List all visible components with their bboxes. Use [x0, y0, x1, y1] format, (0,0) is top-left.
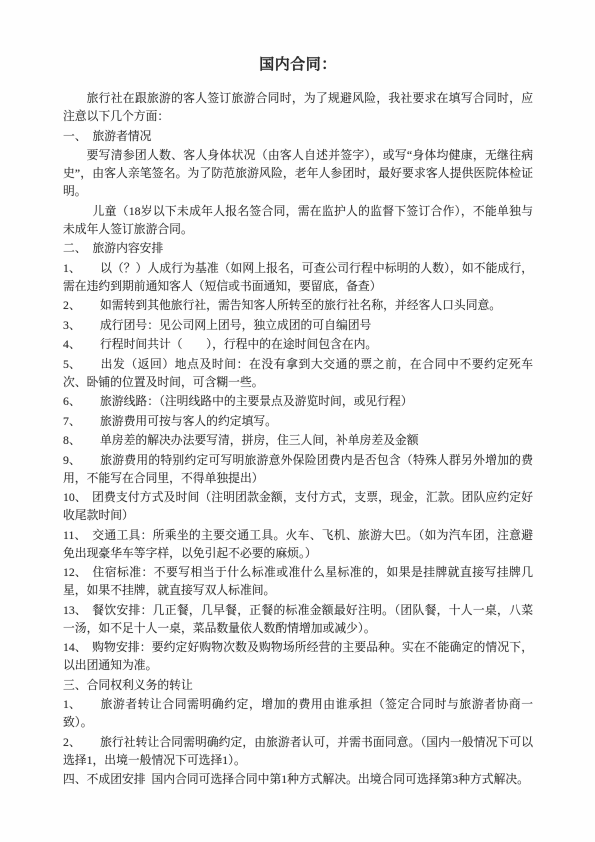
list-item-number: 11、: [63, 526, 92, 544]
list-item-text: 团费支付方式及时间（注明团款金额，支付方式，支票，现金，汇款。团队应约定好收尾款…: [63, 490, 533, 522]
document-page: 国内合同： 旅行社在跟旅游的客人签订旅游合同时，为了规避风险，我社要求在填写合同…: [0, 0, 595, 842]
list-item-number: 1、: [63, 259, 100, 277]
section-heading: 四、不成团安排 国内合同可选择合同中第1种方式解决。出境合同可选择第3种方式解决…: [63, 770, 533, 788]
section-heading: 一、 旅游者情况: [63, 127, 533, 145]
list-item-number: 9、: [63, 451, 100, 469]
list-item: 4、行程时间共计（ ），行程中的在途时间包含在内。: [63, 335, 533, 353]
list-item-number: 5、: [63, 355, 100, 373]
list-item-number: 2、: [63, 733, 100, 751]
list-item: 2、旅行社转让合同需明确约定，由旅游者认可，并需书面同意。（国内一般情况下可以选…: [63, 733, 533, 769]
list-item-text: 餐饮安排：几正餐，几早餐，正餐的标准金额最好注明。（团队餐，十人一桌，八菜一汤，…: [63, 603, 533, 635]
list-item-number: 13、: [63, 601, 92, 619]
list-item-text: 旅游费用的特别约定可写明旅游意外保险团费内是否包含（特殊人群另外增加的费用，不能…: [63, 453, 533, 485]
list-item-number: 14、: [63, 638, 92, 656]
list-item-number: 12、: [63, 563, 92, 581]
list-item: 11、交通工具：所乘坐的主要交通工具。火车、飞机、旅游大巴。（如为汽车团，注意避…: [63, 526, 533, 562]
list-item-text: 成行团号：见公司网上团号，独立成团的可自编团号: [100, 318, 371, 332]
list-item-number: 8、: [63, 431, 100, 449]
paragraph: 要写清参团人数、客人身体状况（由客人自述并签字），或写“身体均健康，无继往病史”…: [63, 146, 533, 200]
list-item-text: 旅行社转让合同需明确约定，由旅游者认可，并需书面同意。（国内一般情况下可以选择1…: [63, 735, 533, 767]
list-item: 7、旅游费用可按与客人的约定填写。: [63, 412, 533, 430]
section-heading: 三、合同权利义务的转让: [63, 676, 533, 694]
list-item-text: 住宿标准：不要写相当于什么标准或准什么星标准的，如果是挂牌就直接写挂牌几星，如果…: [63, 565, 533, 597]
list-item-text: 旅游线路：（注明线路中的主要景点及游览时间，或见行程）: [100, 394, 413, 408]
list-item-text: 购物安排：要约定好购物次数及购物场所经营的主要品种。实在不能确定的情况下，以出团…: [63, 640, 533, 672]
list-item-number: 2、: [63, 296, 100, 314]
list-item: 6、旅游线路：（注明线路中的主要景点及游览时间，或见行程）: [63, 392, 533, 410]
list-item: 12、住宿标准：不要写相当于什么标准或准什么星标准的，如果是挂牌就直接写挂牌几星…: [63, 563, 533, 599]
list-item-text: 如需转到其他旅行社，需告知客人所转至的旅行社名称，并经客人口头同意。: [100, 298, 501, 312]
list-item: 5、出发（返回）地点及时间：在没有拿到大交通的票之前，在合同中不要约定死车次、卧…: [63, 355, 533, 391]
list-item-text: 行程时间共计（ ），行程中的在途时间包含在内。: [100, 337, 377, 351]
list-item: 9、旅游费用的特别约定可写明旅游意外保险团费内是否包含（特殊人群另外增加的费用，…: [63, 451, 533, 487]
list-item-number: 3、: [63, 316, 100, 334]
list-item-text: 单房差的解决办法要写清，拼房，住三人间，补单房差及金额: [100, 433, 419, 447]
list-item-text: 旅游费用可按与客人的约定填写。: [100, 414, 277, 428]
list-item-number: 7、: [63, 412, 100, 430]
list-item-number: 1、: [63, 695, 100, 713]
list-item: 14、购物安排：要约定好购物次数及购物场所经营的主要品种。实在不能确定的情况下，…: [63, 638, 533, 674]
paragraph: 旅行社在跟旅游的客人签订旅游合同时，为了规避风险，我社要求在填写合同时，应注意以…: [63, 89, 533, 125]
list-item-number: 4、: [63, 335, 100, 353]
list-item: 1、以（？）人成行为基准（如网上报名，可查公司行程中标明的人数），如不能成行，需…: [63, 259, 533, 295]
list-item: 8、单房差的解决办法要写清，拼房，住三人间，补单房差及金额: [63, 431, 533, 449]
section-heading: 二、 旅游内容安排: [63, 239, 533, 257]
list-item-number: 10、: [63, 488, 92, 506]
document-title: 国内合同：: [63, 54, 533, 76]
list-item-number: 6、: [63, 392, 100, 410]
list-item-text: 旅游者转让合同需明确约定，增加的费用由谁承担（签定合同时与旅游者协商一致）。: [63, 697, 533, 729]
list-item: 10、团费支付方式及时间（注明团款金额，支付方式，支票，现金，汇款。团队应约定好…: [63, 488, 533, 524]
list-item: 13、餐饮安排：几正餐，几早餐，正餐的标准金额最好注明。（团队餐，十人一桌，八菜…: [63, 601, 533, 637]
list-item-text: 出发（返回）地点及时间：在没有拿到大交通的票之前，在合同中不要约定死车次、卧铺的…: [63, 357, 533, 389]
list-item-text: 以（？）人成行为基准（如网上报名，可查公司行程中标明的人数），如不能成行，需在违…: [63, 261, 533, 293]
list-item-text: 交通工具：所乘坐的主要交通工具。火车、飞机、旅游大巴。（如为汽车团，注意避免出现…: [63, 528, 533, 560]
list-item: 2、如需转到其他旅行社，需告知客人所转至的旅行社名称，并经客人口头同意。: [63, 296, 533, 314]
list-item: 3、成行团号：见公司网上团号，独立成团的可自编团号: [63, 316, 533, 334]
paragraph: 儿童（18岁以下未成年人报名签合同，需在监护人的监督下签订合作），不能单独与未成…: [63, 202, 533, 238]
list-item: 1、旅游者转让合同需明确约定，增加的费用由谁承担（签定合同时与旅游者协商一致）。: [63, 695, 533, 731]
